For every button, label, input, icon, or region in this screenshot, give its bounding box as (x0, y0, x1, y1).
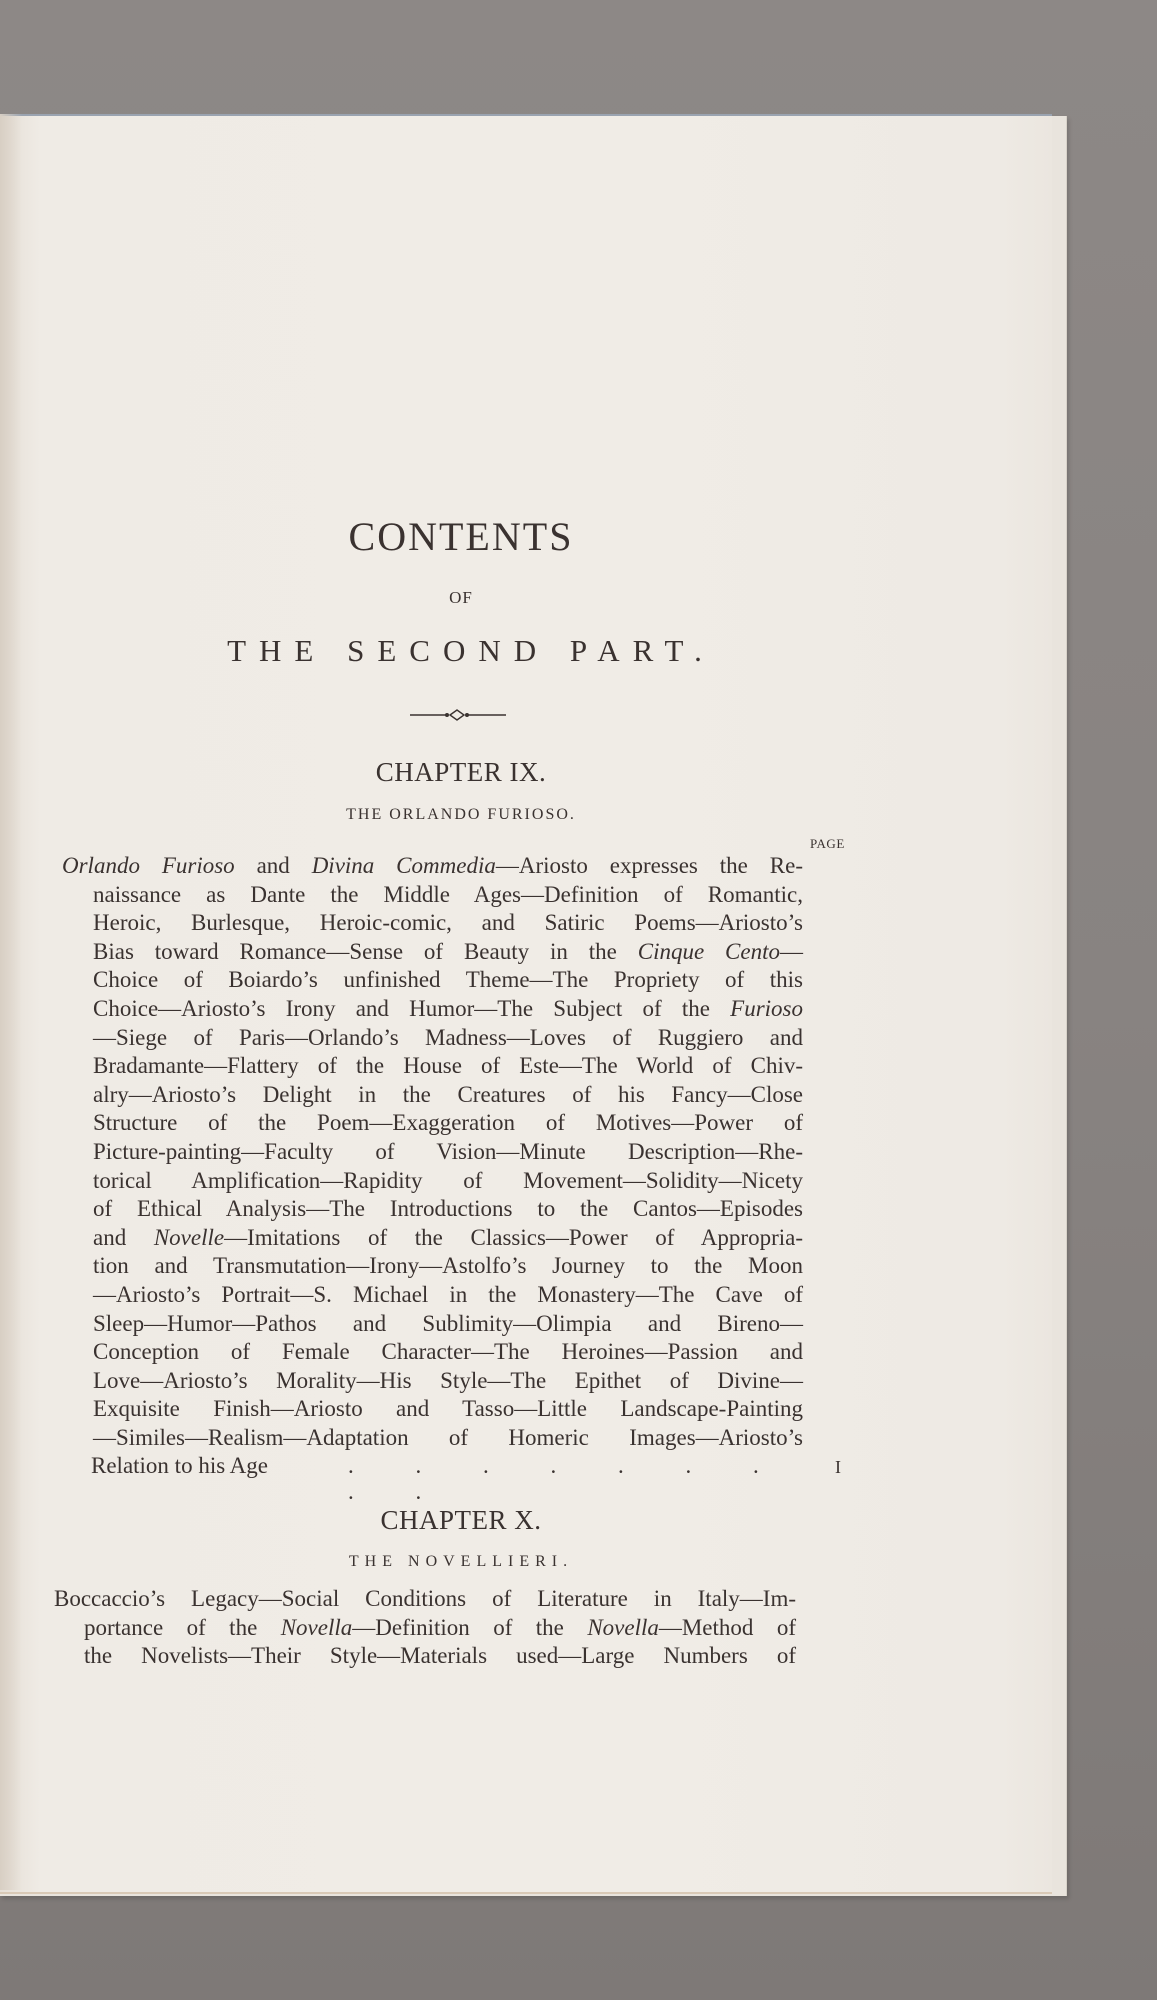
gutter-shadow (0, 114, 22, 1890)
italic-title: Novella (281, 1615, 353, 1640)
text-run: and (93, 1225, 154, 1250)
italic-title: Divina Commedia (312, 853, 496, 878)
chapter-9-heading: CHAPTER IX. (0, 757, 922, 788)
toc-summary-line: alry—Ariosto’s Delight in the Creatures … (93, 1081, 803, 1110)
text-run: the Novelists—Their Style—Materials used… (84, 1643, 796, 1668)
toc-summary-line: —Ariosto’s Portrait—S. Michael in the Mo… (93, 1281, 803, 1310)
toc-summary-line: portance of the Novella—Definition of th… (84, 1614, 796, 1643)
chapter-9-summary: Orlando Furioso and Divina Commedia—Ario… (93, 852, 803, 1452)
toc-summary-line: torical Amplification—Rapidity of Moveme… (93, 1167, 803, 1196)
text-run: —Similes—Realism—Adaptation of Homeric I… (93, 1425, 803, 1450)
toc-summary-line: Love—Ariosto’s Morality—His Style—The Ep… (93, 1367, 803, 1396)
text-run: Structure of the Poem—Exaggeration of Mo… (93, 1110, 803, 1135)
toc-summary-line: of Ethical Analysis—The Introductions to… (93, 1195, 803, 1224)
italic-title: Novella (587, 1615, 659, 1640)
text-run: —Definition of the (352, 1615, 587, 1640)
text-run: Conception of Female Character—The Heroi… (93, 1339, 803, 1364)
text-run: Love—Ariosto’s Morality—His Style—The Ep… (93, 1368, 803, 1393)
toc-summary-line: —Similes—Realism—Adaptation of Homeric I… (93, 1424, 803, 1453)
text-run: Heroic, Burlesque, Heroic-comic, and Sat… (93, 910, 803, 935)
text-run: of Ethical Analysis—The Introductions to… (93, 1196, 803, 1221)
text-run: alry—Ariosto’s Delight in the Creatures … (93, 1082, 803, 1107)
text-run: Sleep—Humor—Pathos and Sublimity—Olimpia… (93, 1311, 803, 1336)
toc-summary-line: naissance as Dante the Middle Ages—Defin… (93, 881, 803, 910)
italic-title: Novelle (154, 1225, 224, 1250)
toc-summary-line: tion and Transmutation—Irony—Astolfo’s J… (93, 1252, 803, 1281)
rule-diamond-ornament-icon (410, 708, 506, 722)
toc-summary-line: Choice—Ariosto’s Irony and Humor—The Sub… (93, 995, 803, 1024)
toc-summary-line: —Siege of Paris—Orlando’s Madness—Loves … (93, 1024, 803, 1053)
text-run: —Siege of Paris—Orlando’s Madness—Loves … (93, 1025, 803, 1050)
chapter-10-subtitle: THE NOVELLIERI. (0, 1553, 922, 1571)
toc-summary-line: Conception of Female Character—The Heroi… (93, 1338, 803, 1367)
italic-title: Furioso (730, 996, 803, 1021)
leader-dots: . . . . . . . . . (348, 1453, 853, 1505)
text-run: and (235, 853, 312, 878)
toc-summary-line: Exquisite Finish—Ariosto and Tasso—Littl… (93, 1395, 803, 1424)
italic-title: Cinque Cento (638, 939, 780, 964)
title-of: OF (0, 588, 922, 608)
toc-summary-line: Structure of the Poem—Exaggeration of Mo… (93, 1109, 803, 1138)
text-run: Bias toward Romance—Sense of Beauty in t… (93, 939, 638, 964)
text-run: —Ariosto expresses the Re- (496, 853, 803, 878)
text-run: Boccaccio’s Legacy—Social Conditions of … (54, 1586, 796, 1611)
text-run: —Method of (659, 1615, 796, 1640)
text-run: tion and Transmutation—Irony—Astolfo’s J… (93, 1253, 803, 1278)
text-run: Picture-painting—Faculty of Vision—Minut… (93, 1139, 803, 1164)
text-run: —Ariosto’s Portrait—S. Michael in the Mo… (93, 1282, 803, 1307)
toc-summary-line: Sleep—Humor—Pathos and Sublimity—Olimpia… (93, 1310, 803, 1339)
toc-summary-line: Choice of Boiardo’s unfinished Theme—The… (93, 966, 803, 995)
chapter-9-subtitle: THE ORLANDO FURIOSO. (0, 806, 922, 824)
toc-summary-line: Boccaccio’s Legacy—Social Conditions of … (84, 1585, 796, 1614)
toc-summary-line: Heroic, Burlesque, Heroic-comic, and Sat… (93, 909, 803, 938)
text-run: Exquisite Finish—Ariosto and Tasso—Littl… (93, 1396, 803, 1421)
italic-title: Orlando Furioso (62, 853, 235, 878)
text-run: Choice—Ariosto’s Irony and Humor—The Sub… (93, 996, 730, 1021)
toc-summary-line: and Novelle—Imitations of the Classics—P… (93, 1224, 803, 1253)
text-run: — (780, 939, 803, 964)
text-run: —Imitations of the Classics—Power of App… (224, 1225, 803, 1250)
text-run: torical Amplification—Rapidity of Moveme… (93, 1168, 803, 1193)
part-title: THE SECOND PART. (0, 633, 932, 669)
toc-summary-line: Orlando Furioso and Divina Commedia—Ario… (93, 852, 803, 881)
toc-summary-line: Bias toward Romance—Sense of Beauty in t… (93, 938, 803, 967)
toc-summary-line: Picture-painting—Faculty of Vision—Minut… (93, 1138, 803, 1167)
chapter-9-page-number: I (835, 1457, 841, 1478)
chapter-10-summary: Boccaccio’s Legacy—Social Conditions of … (84, 1585, 796, 1671)
page-title: CONTENTS (0, 513, 922, 560)
chapter-10-heading: CHAPTER X. (0, 1505, 922, 1536)
chapter-9-last-line: Relation to his Age (91, 1453, 268, 1479)
toc-summary-line: Bradamante—Flattery of the House of Este… (93, 1052, 803, 1081)
text-run: Bradamante—Flattery of the House of Este… (93, 1053, 803, 1078)
text-run: naissance as Dante the Middle Ages—Defin… (93, 882, 803, 907)
text-run: portance of the (84, 1615, 281, 1640)
text-run: Choice of Boiardo’s unfinished Theme—The… (93, 967, 803, 992)
toc-summary-line: the Novelists—Their Style—Materials used… (84, 1642, 796, 1671)
page-column-label: PAGE (810, 836, 845, 852)
